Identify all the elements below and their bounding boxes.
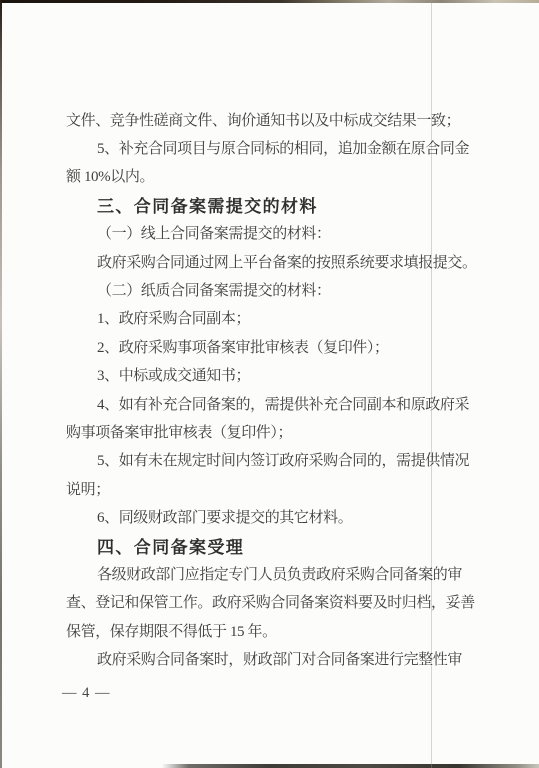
doc-line: 5、补充合同项目与原合同标的相同，追加金额在原合同金: [66, 133, 486, 161]
doc-list-item: 2、政府采购事项备案审批审核表（复印件）；: [66, 332, 486, 360]
doc-list-item: 3、中标或成交通知书；: [66, 361, 486, 389]
doc-line: 说明；: [66, 474, 486, 502]
scanned-document-page: 文件、竞争性磋商文件、询价通知书以及中标成交结果一致； 5、补充合同项目与原合同…: [0, 0, 539, 768]
document-text-block: 文件、竞争性磋商文件、询价通知书以及中标成交结果一致； 5、补充合同项目与原合同…: [66, 105, 486, 673]
doc-line: 各级财政部门应指定专门人员负责政府采购合同备案的审: [66, 559, 486, 587]
doc-line: （一）线上合同备案需提交的材料：: [66, 219, 486, 247]
scan-edge-bottom: [0, 764, 539, 768]
doc-line: 政府采购合同备案时，财政部门对合同备案进行完整性审: [66, 644, 486, 672]
doc-line: 保管，保存期限不得低于 15 年。: [66, 616, 486, 644]
doc-list-item: 6、同级财政部门要求提交的其它材料。: [66, 502, 486, 530]
doc-line: 查、登记和保管工作。政府采购合同备案资料要及时归档，妥善: [66, 588, 486, 616]
scan-edge-top: [0, 0, 539, 3]
doc-list-item: 1、政府采购合同副本；: [66, 304, 486, 332]
doc-list-item: 5、如有未在规定时间内签订政府采购合同的，需提供情况: [66, 446, 486, 474]
scan-edge-left: [0, 0, 2, 768]
doc-heading-section-4: 四、合同备案受理: [66, 531, 486, 559]
doc-heading-section-3: 三、合同备案需提交的材料: [66, 190, 486, 218]
doc-line: 文件、竞争性磋商文件、询价通知书以及中标成交结果一致；: [66, 105, 486, 133]
page-number: — 4 —: [62, 685, 111, 702]
doc-line: 额 10%以内。: [66, 162, 486, 190]
doc-list-item: 4、如有补充合同备案的，需提供补充合同副本和原政府采: [66, 389, 486, 417]
doc-line: 购事项备案审批审核表（复印件）；: [66, 417, 486, 445]
doc-line: （二）纸质合同备案需提交的材料：: [66, 275, 486, 303]
doc-line: 政府采购合同通过网上平台备案的按照系统要求填报提交。: [66, 247, 486, 275]
